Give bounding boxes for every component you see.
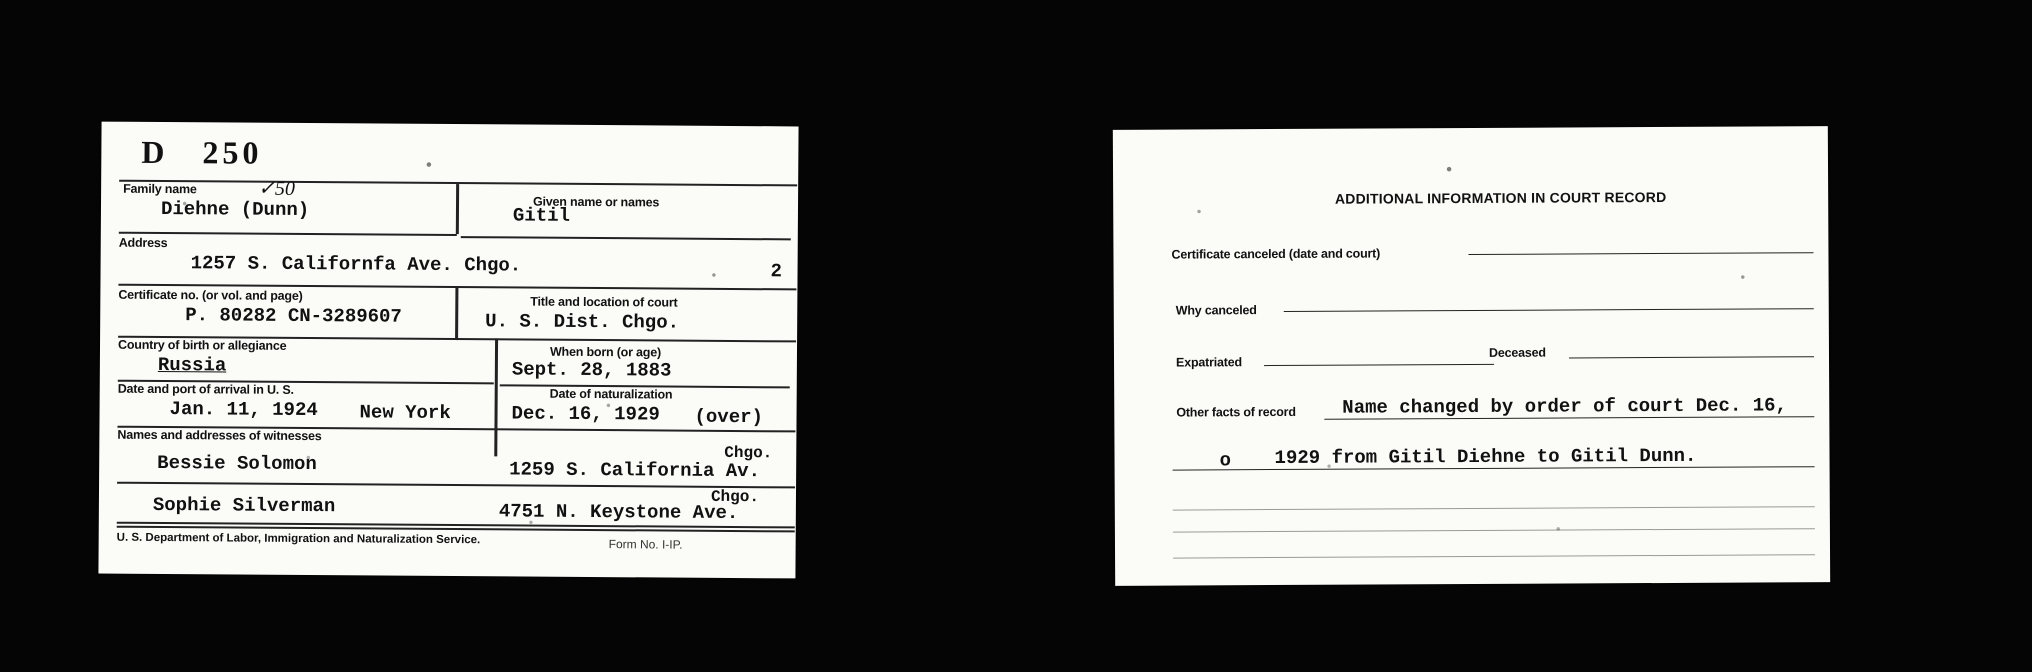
- blank-line: [1173, 554, 1815, 558]
- address-value: 1257 S. Californfa Ave. Chgo.: [191, 252, 522, 276]
- divider: [494, 338, 498, 456]
- naturalization-date-label: Date of naturalization: [550, 387, 673, 402]
- deceased-label: Deceased: [1489, 346, 1546, 360]
- divider: [117, 482, 795, 489]
- family-name-value: Diehne (Dunn): [161, 198, 309, 221]
- witness-address: 1259 S. California Av.: [509, 458, 760, 482]
- court-label: Title and location of court: [530, 295, 677, 310]
- when-born-value: Sept. 28, 1883: [512, 358, 672, 381]
- country-label: Country of birth or allegiance: [118, 338, 286, 353]
- blank-line: [1173, 506, 1815, 510]
- expatriated-label: Expatriated: [1176, 355, 1242, 369]
- country-value: Russia: [158, 354, 227, 376]
- card-back-title: ADDITIONAL INFORMATION IN COURT RECORD: [1113, 188, 1828, 208]
- department-footer: U. S. Department of Labor, Immigration a…: [117, 532, 481, 547]
- witness-address: 4751 N. Keystone Ave.: [499, 500, 739, 524]
- certificate-no-label: Certificate no. (or vol. and page): [118, 288, 302, 303]
- witness-city: Chgo.: [724, 444, 772, 462]
- divider: [119, 232, 457, 236]
- arrival-date-value: Jan. 11, 1924: [170, 398, 318, 421]
- expatriated-line: [1264, 364, 1494, 366]
- divider: [461, 236, 791, 240]
- over-note: (over): [694, 406, 763, 428]
- witness-city: Chgo.: [711, 488, 759, 506]
- other-facts-line-2: 1929 from Gitil Diehne to Gitil Dunn.: [1274, 445, 1696, 469]
- certificate-canceled-line: [1468, 252, 1813, 255]
- why-canceled-label: Why canceled: [1176, 303, 1257, 317]
- check-mark-annotation: ✓50: [258, 176, 295, 201]
- card-serial: D250: [141, 134, 262, 172]
- family-name-label: Family name: [123, 182, 197, 197]
- line-2-mark: o: [1219, 449, 1231, 471]
- witness-row: Sophie Silverman 4751 N. Keystone Ave. C…: [102, 122, 799, 127]
- witnesses-label: Names and addresses of witnesses: [117, 428, 321, 443]
- deceased-line: [1569, 356, 1814, 358]
- arrival-label: Date and port of arrival in U. S.: [118, 382, 294, 397]
- witness-row: Bessie Solomon 1259 S. California Av. Ch…: [102, 122, 799, 127]
- given-name-value: Gitil: [513, 204, 570, 226]
- blank-line: [1173, 528, 1815, 532]
- why-canceled-line: [1284, 308, 1814, 312]
- form-number: Form No. I-IP.: [609, 537, 683, 552]
- naturalization-card-back: ADDITIONAL INFORMATION IN COURT RECORD C…: [1113, 126, 1830, 586]
- serial-prefix: D: [141, 134, 166, 170]
- naturalization-date-value: Dec. 16, 1929: [511, 402, 659, 425]
- certificate-no-value: P. 80282 CN-3289607: [185, 304, 402, 328]
- certificate-canceled-label: Certificate canceled (date and court): [1171, 246, 1380, 261]
- page-mark: 2: [770, 260, 782, 282]
- witness-name: Sophie Silverman: [153, 494, 336, 517]
- serial-number: 250: [202, 134, 262, 170]
- naturalization-card-front: D250 Family name ✓50 Diehne (Dunn) Given…: [98, 122, 798, 579]
- when-born-label: When born (or age): [550, 345, 661, 360]
- other-facts-label: Other facts of record: [1176, 405, 1296, 420]
- divider: [455, 286, 458, 340]
- arrival-port-value: New York: [359, 401, 450, 424]
- witness-name: Bessie Solomon: [157, 452, 317, 475]
- court-value: U. S. Dist. Chgo.: [485, 310, 679, 333]
- other-facts-line-1: Name changed by order of court Dec. 16,: [1342, 394, 1787, 418]
- divider: [456, 184, 459, 234]
- address-label: Address: [119, 236, 168, 250]
